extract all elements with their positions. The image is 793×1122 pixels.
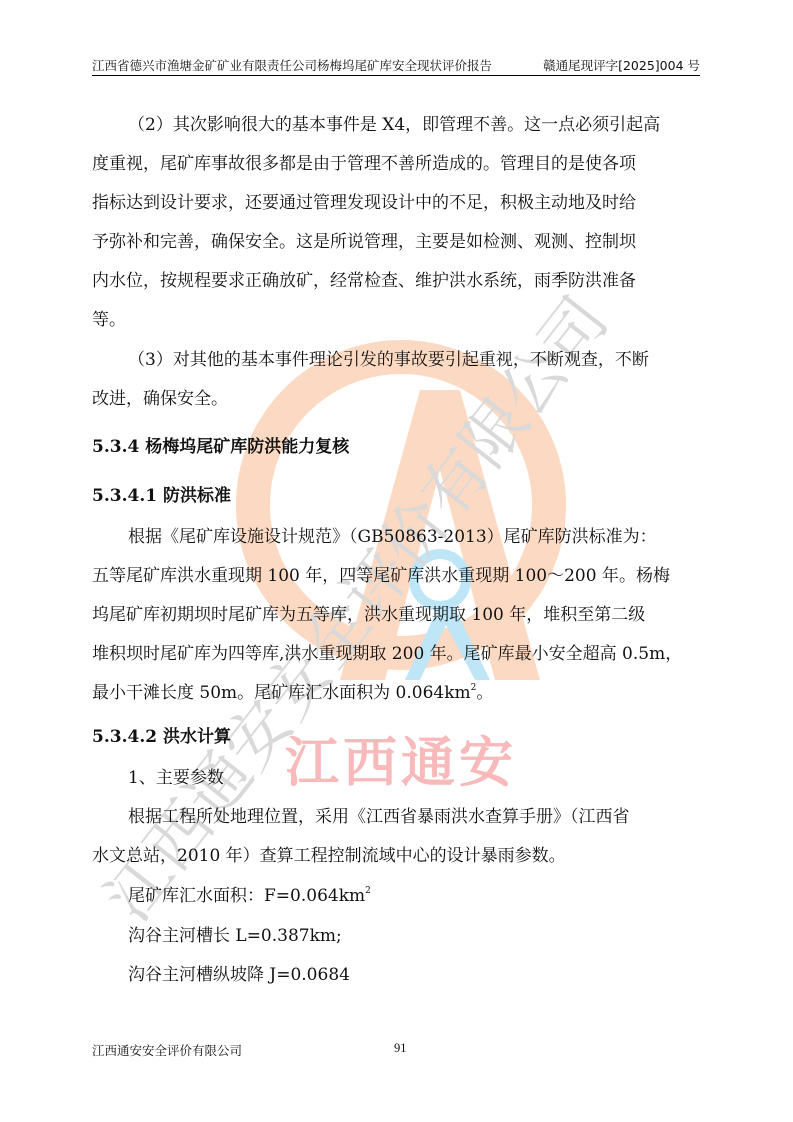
param-catchment-area: 尾矿库汇水面积：F=0.064km2 xyxy=(128,881,371,906)
section-heading-5-3-4: 5.3.4 杨梅坞尾矿库防洪能力复核 xyxy=(92,432,349,457)
paragraph-line: 指标达到设计要求，还要通过管理发现设计中的不足，积极主动地及时给 xyxy=(92,188,636,213)
section-heading-5-3-4-2: 5.3.4.2 洪水计算 xyxy=(92,722,231,747)
paragraph-line: 内水位，按规程要求正确放矿，经常检查、维护洪水系统，雨季防洪准备 xyxy=(92,266,636,291)
paragraph-line: 度重视，尾矿库事故很多都是由于管理不善所造成的。管理目的是使各项 xyxy=(92,149,636,174)
catchment-area-text: 最小干滩长度 50m。尾矿库汇水面积为 0.064km xyxy=(92,683,471,703)
paragraph-line: 予弥补和完善，确保安全。这是所说管理，主要是如检测、观测、控制坝 xyxy=(92,227,636,252)
report-title: 江西省德兴市渔塘金矿矿业有限责任公司杨梅坞尾矿库安全现状评价报告 xyxy=(92,56,492,74)
param-channel-length: 沟谷主河槽长 L=0.387km; xyxy=(128,921,342,946)
superscript: 2 xyxy=(365,886,371,896)
page-number: 91 xyxy=(394,1041,407,1056)
param-f-text: 尾矿库汇水面积：F=0.064km xyxy=(128,886,365,906)
paragraph-line: 五等尾矿库洪水重现期 100 年，四等尾矿库洪水重现期 100～200 年。杨梅 xyxy=(92,561,670,586)
document-number: 赣通尾现评字[2025]004 号 xyxy=(543,56,700,74)
paragraph-line: 最小干滩长度 50m。尾矿库汇水面积为 0.064km2。 xyxy=(92,678,493,703)
period: 。 xyxy=(476,683,493,703)
param-channel-slope: 沟谷主河槽纵坡降 J=0.0684 xyxy=(128,960,350,985)
paragraph-line: 根据《尾矿库设施设计规范》（GB50863-2013）尾矿库防洪标准为： xyxy=(128,522,657,547)
list-item-main-params: 1、主要参数 xyxy=(128,763,224,788)
footer-company: 江西通安安全评价有限公司 xyxy=(92,1041,242,1059)
section-heading-5-3-4-1: 5.3.4.1 防洪标准 xyxy=(92,481,231,506)
paragraph-line: 改进，确保安全。 xyxy=(92,384,228,409)
paragraph-line: 水文总站，2010 年）查算工程控制流域中心的设计暴雨参数。 xyxy=(92,841,566,866)
paragraph-line: 堆积坝时尾矿库为四等库,洪水重现期取 200 年。尾矿库最小安全超高 0.5m， xyxy=(92,639,682,664)
document-page: 江西省德兴市渔塘金矿矿业有限责任公司杨梅坞尾矿库安全现状评价报告 赣通尾现评字[… xyxy=(0,0,793,1122)
paragraph-line: （3）对其他的基本事件理论引发的事故要引起重视，不断观查，不断 xyxy=(128,345,649,370)
paragraph-line: 坞尾矿库初期坝时尾矿库为五等库，洪水重现期取 100 年，堆积至第二级 xyxy=(92,600,645,625)
paragraph-line: （2）其次影响很大的基本事件是 X4，即管理不善。这一点必须引起高 xyxy=(128,110,660,135)
paragraph-line: 根据工程所处地理位置，采用《江西省暴雨洪水查算手册》（江西省 xyxy=(128,802,630,827)
page-header: 江西省德兴市渔塘金矿矿业有限责任公司杨梅坞尾矿库安全现状评价报告 赣通尾现评字[… xyxy=(92,55,700,76)
paragraph-line: 等。 xyxy=(92,305,126,330)
watermark-red-text: 江西通安 xyxy=(285,720,517,797)
